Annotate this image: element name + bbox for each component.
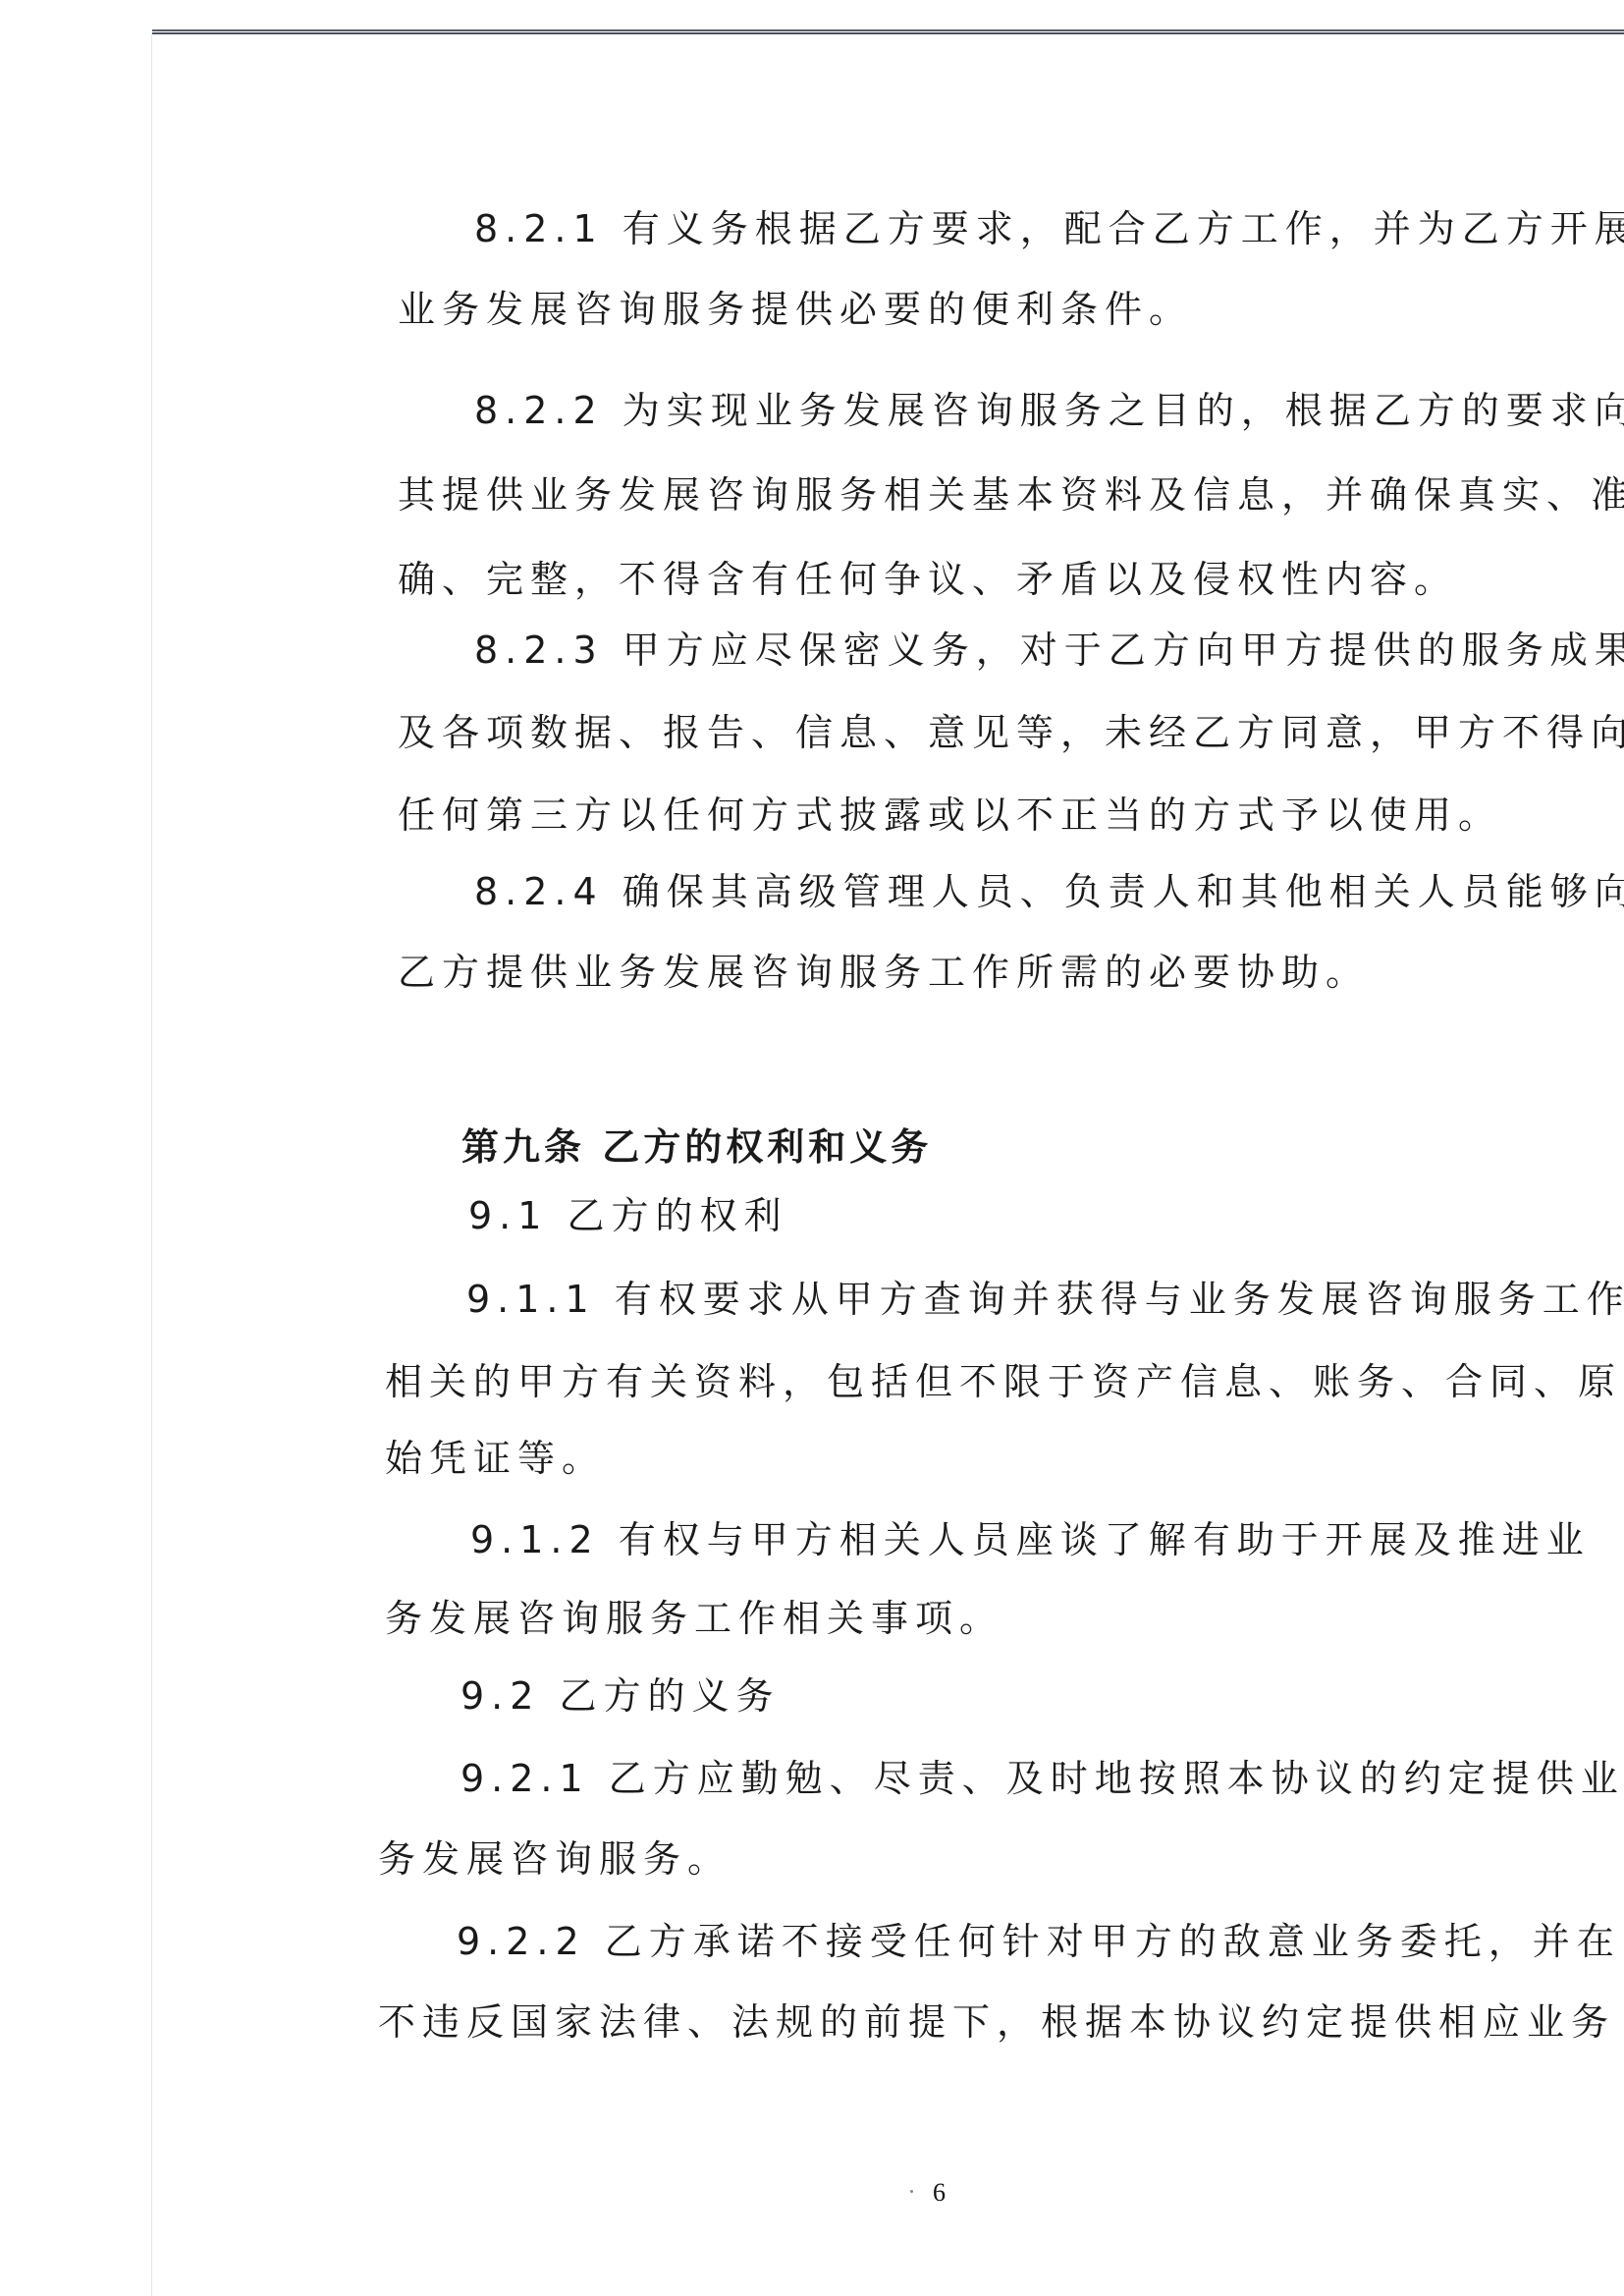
- text-line: 9.1.2 有权与甲方相关人员座谈了解有助于开展及推进业: [470, 1516, 1591, 1563]
- text-line: 9.1 乙方的权利: [468, 1192, 788, 1239]
- text-line: 确、完整，不得含有任何争议、矛盾以及侵权性内容。: [398, 556, 1458, 603]
- text-line: 始凭证等。: [385, 1435, 606, 1482]
- text-line: 8.2.1 有义务根据乙方要求，配合乙方工作，并为乙方开展: [474, 205, 1624, 252]
- text-line: 业务发展咨询服务提供必要的便利条件。: [398, 286, 1193, 333]
- text-line: 务发展咨询服务工作相关事项。: [385, 1595, 1003, 1642]
- text-line: 8.2.3 甲方应尽保密义务，对于乙方向甲方提供的服务成果: [474, 627, 1624, 674]
- scan-edge-top-border: [152, 29, 1624, 34]
- text-line: 务发展咨询服务。: [378, 1835, 731, 1883]
- text-line: 9.2.2 乙方承诺不接受任何针对甲方的敌意业务委托，并在: [457, 1918, 1621, 1965]
- text-line: 任何第三方以任何方式披露或以不正当的方式予以使用。: [398, 792, 1502, 839]
- scan-speck: [910, 2190, 913, 2193]
- text-line: 9.1.1 有权要求从甲方查询并获得与业务发展咨询服务工作: [466, 1276, 1624, 1323]
- article-heading: 第九条 乙方的权利和义务: [461, 1123, 932, 1171]
- text-line: 其提供业务发展咨询服务相关基本资料及信息，并确保真实、准: [398, 471, 1624, 519]
- text-line: 9.2 乙方的义务: [460, 1672, 781, 1720]
- text-line: 相关的甲方有关资料，包括但不限于资产信息、账务、合同、原: [385, 1358, 1622, 1405]
- text-line: 9.2.1 乙方应勤勉、尽责、及时地按照本协议的约定提供业: [460, 1755, 1624, 1802]
- text-line: 不违反国家法律、法规的前提下，根据本协议约定提供相应业务: [378, 1998, 1615, 2046]
- text-line: 8.2.2 为实现业务发展咨询服务之目的，根据乙方的要求向: [474, 387, 1624, 434]
- text-line: 及各项数据、报告、信息、意见等，未经乙方同意，甲方不得向: [398, 709, 1624, 756]
- text-line: 乙方提供业务发展咨询服务工作所需的必要协助。: [398, 949, 1370, 996]
- page-number: 6: [933, 2178, 946, 2208]
- text-line: 8.2.4 确保其高级管理人员、负责人和其他相关人员能够向: [474, 868, 1624, 915]
- scan-edge-left-border: [151, 33, 152, 2296]
